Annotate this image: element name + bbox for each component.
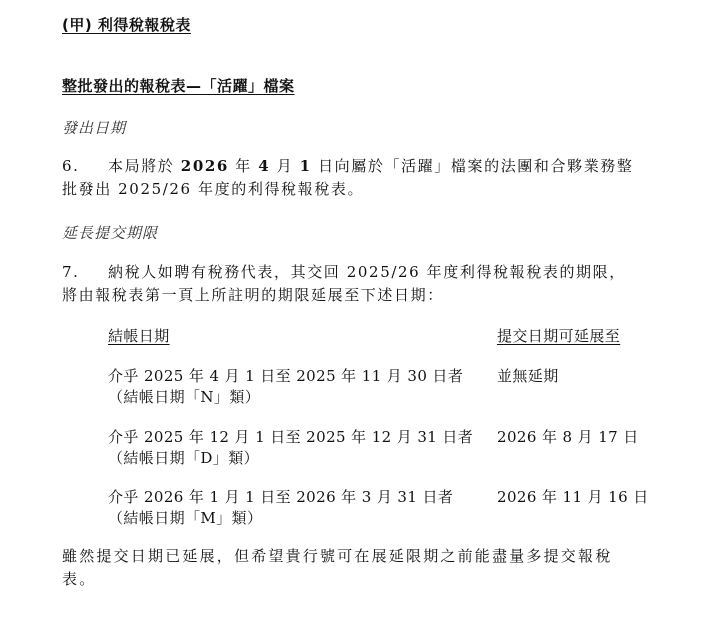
- paragraph-number: 7.: [62, 261, 108, 284]
- table-row: 介乎 2025 年 4 月 1 日至 2025 年 11 月 30 日者 （結帳…: [108, 366, 463, 408]
- paragraph-6-line-1: 6.本局將於 2026 年 4 月 1 日向屬於「活躍」檔案的法團和合夥業務整: [62, 155, 634, 178]
- table-row: 介乎 2025 年 12 月 1 日至 2025 年 12 月 31 日者 （結…: [108, 427, 473, 469]
- paragraph-6-line-2: 批發出 2025/26 年度的利得稅報稅表。: [62, 178, 634, 201]
- paragraph-7-line-1: 7.納稅人如聘有稅務代表，其交回 2025/26 年度利得稅報稅表的期限，: [62, 261, 626, 284]
- section-title: (甲) 利得稅報稅表: [62, 14, 191, 35]
- issue-month: 4: [258, 157, 270, 175]
- text: 日向屬於「活躍」檔案的法團和合夥業務整: [312, 157, 634, 175]
- closing-note-line-2: 表。: [62, 568, 612, 591]
- extended-date: 並無延期: [497, 366, 559, 387]
- period-text: 介乎 2025 年 4 月 1 日至 2025 年 11 月 30 日者: [108, 366, 463, 387]
- issue-date-heading: 發出日期: [62, 117, 126, 138]
- issue-day: 1: [300, 157, 312, 175]
- code-text: （結帳日期「D」類）: [108, 448, 473, 469]
- extension-heading: 延長提交期限: [62, 222, 158, 243]
- paragraph-7: 7.納稅人如聘有稅務代表，其交回 2025/26 年度利得稅報稅表的期限， 將由…: [62, 261, 626, 307]
- text: 年: [229, 157, 258, 175]
- text: 月: [270, 157, 299, 175]
- paragraph-number: 6.: [62, 155, 108, 178]
- closing-note: 雖然提交日期已延展，但希望貴行號可在展延限期之前能盡量多提交報稅 表。: [62, 545, 612, 591]
- issue-year: 2026: [181, 157, 229, 175]
- paragraph-7-line-2: 將由報稅表第一頁上所註明的期限延展至下述日期：: [62, 284, 626, 307]
- closing-note-line-1: 雖然提交日期已延展，但希望貴行號可在展延限期之前能盡量多提交報稅: [62, 545, 612, 568]
- subsection-title: 整批發出的報稅表—「活躍」檔案: [62, 75, 295, 96]
- code-text: （結帳日期「M」類）: [108, 508, 453, 529]
- paragraph-6: 6.本局將於 2026 年 4 月 1 日向屬於「活躍」檔案的法團和合夥業務整 …: [62, 155, 634, 201]
- column-header-period: 結帳日期: [108, 326, 170, 347]
- period-text: 介乎 2025 年 12 月 1 日至 2025 年 12 月 31 日者: [108, 427, 473, 448]
- extended-date: 2026 年 11 月 16 日: [497, 487, 649, 508]
- code-text: （結帳日期「N」類）: [108, 387, 463, 408]
- table-row: 介乎 2026 年 1 月 1 日至 2026 年 3 月 31 日者 （結帳日…: [108, 487, 453, 529]
- text: 本局將於: [108, 157, 181, 175]
- text: 納稅人如聘有稅務代表，其交回 2025/26 年度利得稅報稅表的期限，: [108, 263, 626, 281]
- period-text: 介乎 2026 年 1 月 1 日至 2026 年 3 月 31 日者: [108, 487, 453, 508]
- extended-date: 2026 年 8 月 17 日: [497, 427, 639, 448]
- column-header-extended: 提交日期可延展至: [497, 326, 620, 347]
